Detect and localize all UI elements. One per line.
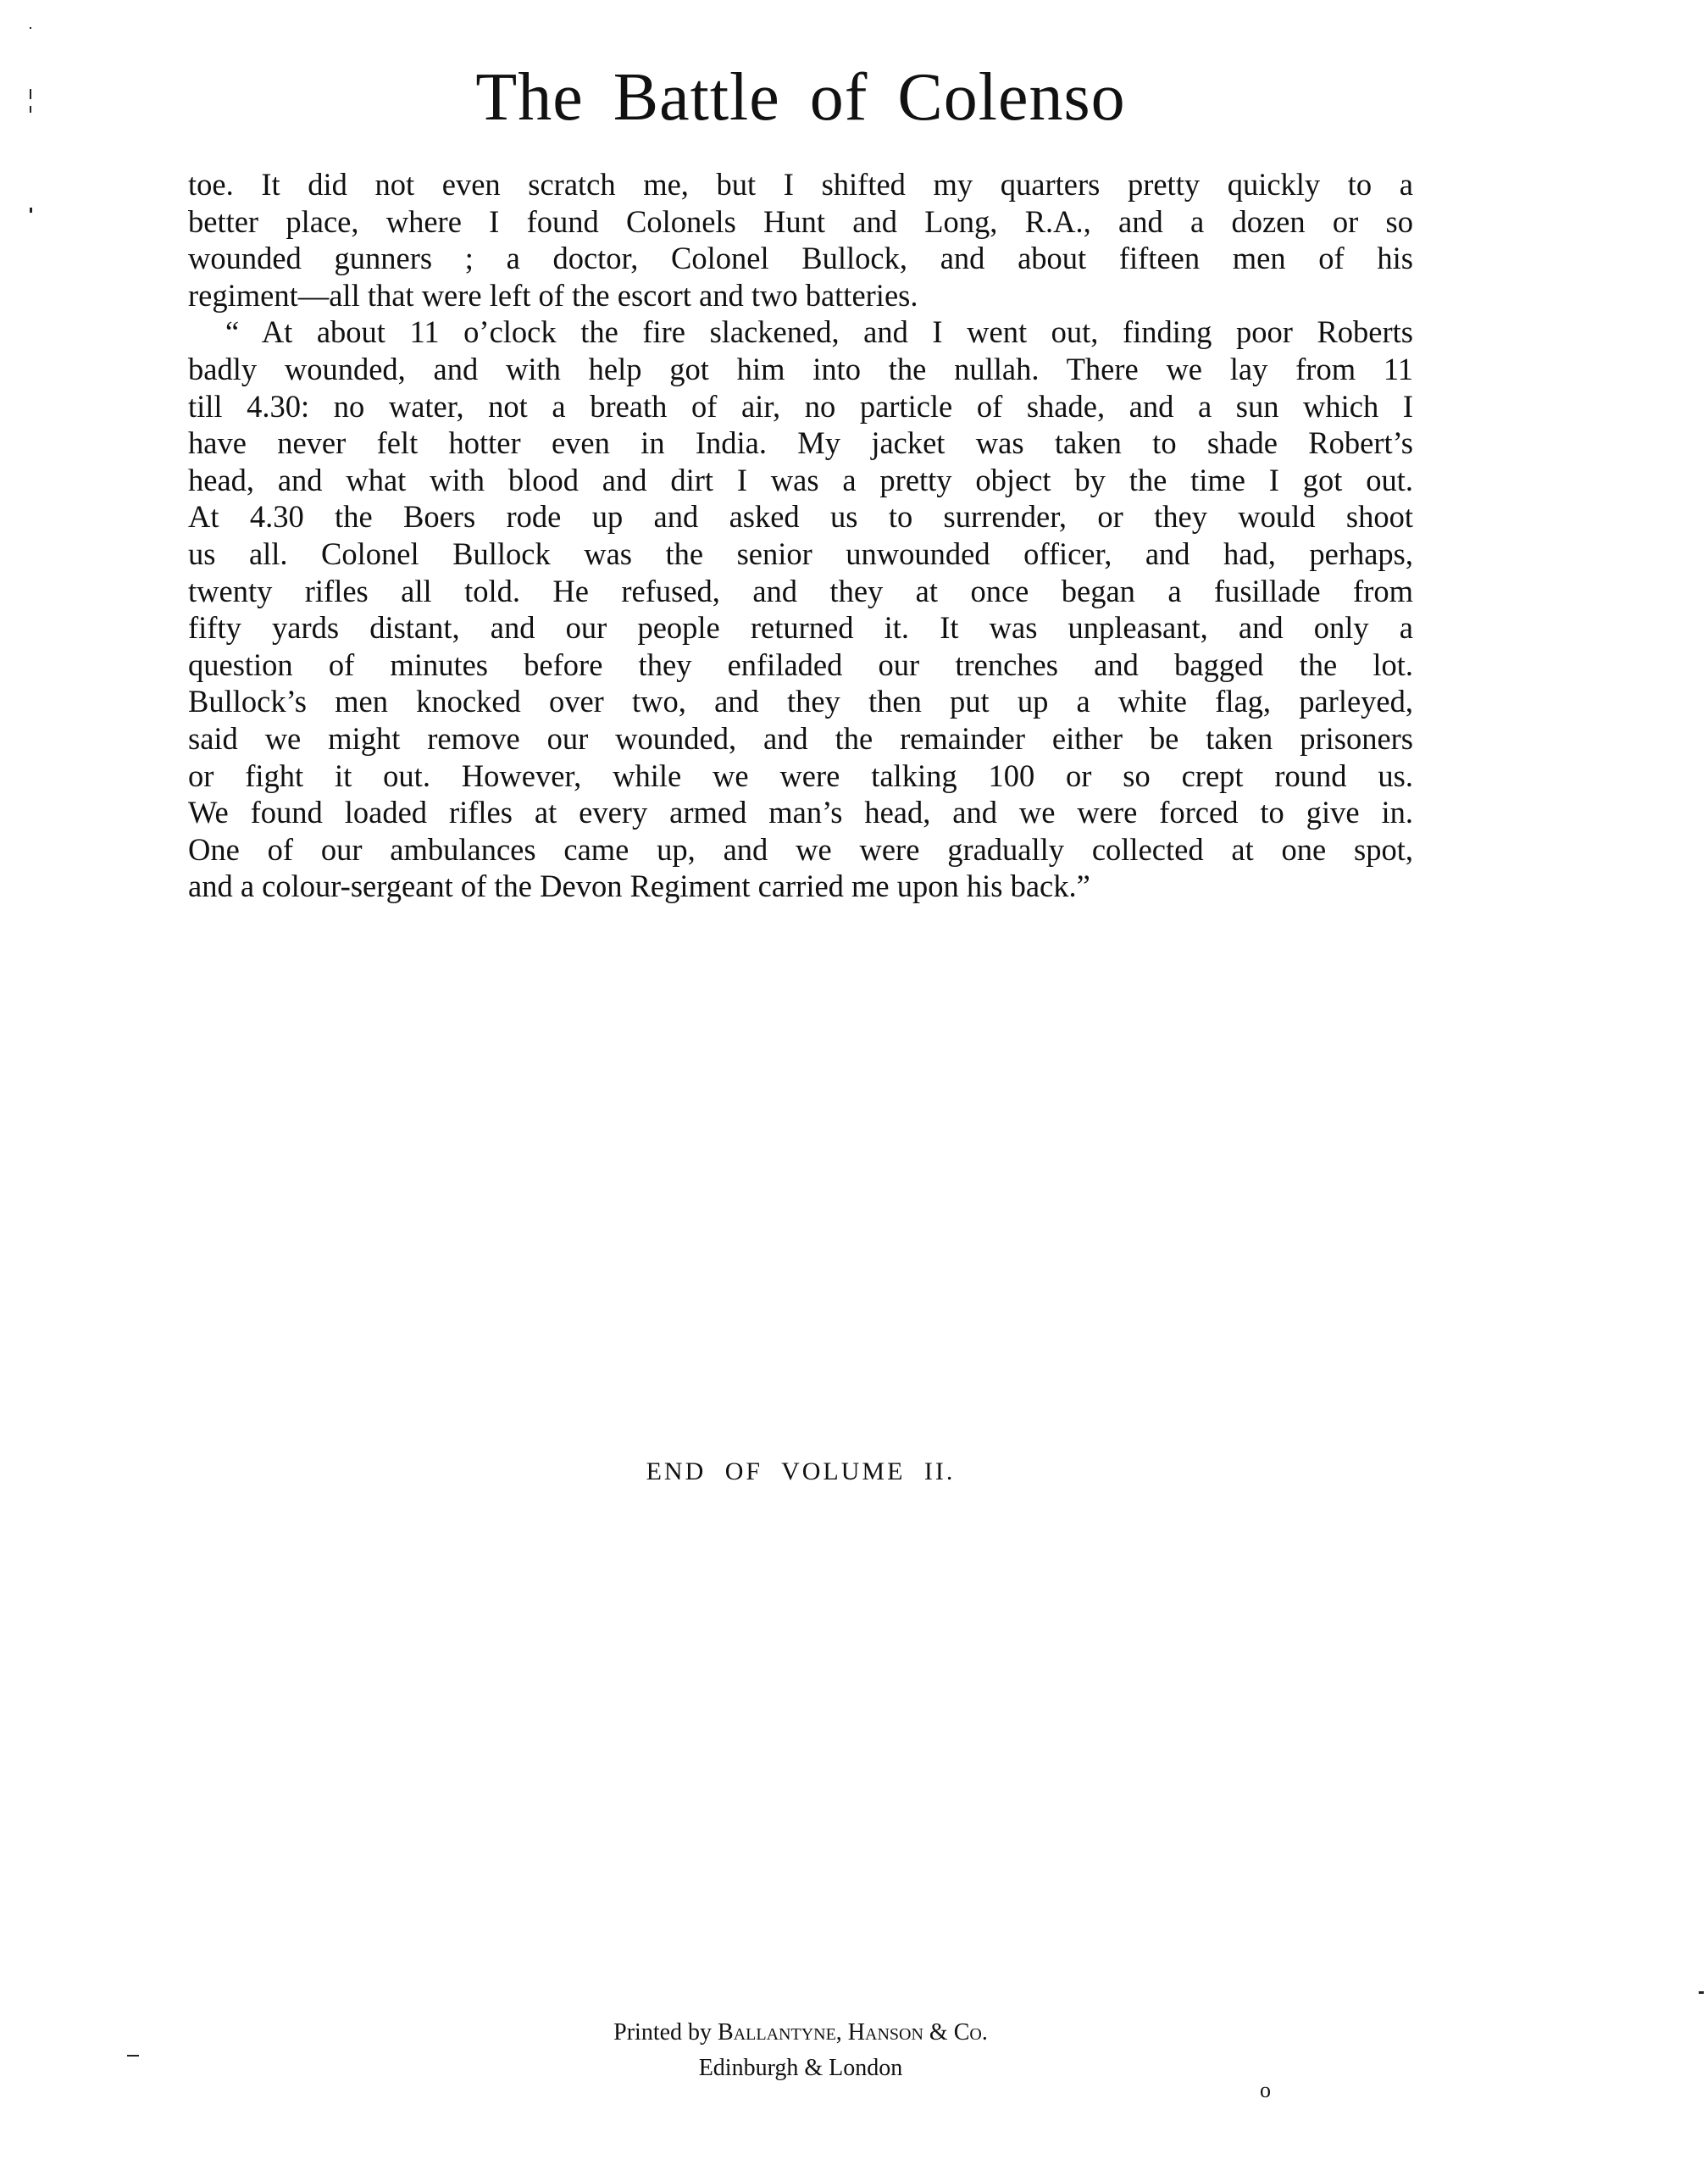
text-line: us all. Colonel Bullock was the senior u… xyxy=(188,536,1413,573)
body-text: toe. It did not even scratch me, but I s… xyxy=(188,166,1413,905)
text-line: We found loaded rifles at every armed ma… xyxy=(188,794,1413,831)
imprint-printer-name: Ballantyne, Hanson & Co. xyxy=(718,2019,988,2046)
text-line: Bullock’s men knocked over two, and they… xyxy=(188,683,1413,720)
text-line: and a colour-sergeant of the Devon Regim… xyxy=(188,868,1413,905)
printer-imprint: Printed by Ballantyne, Hanson & Co. xyxy=(0,2015,1601,2051)
running-title: The Battle of Colenso xyxy=(0,59,1601,136)
text-line: One of our ambulances came up, and we we… xyxy=(188,831,1413,869)
text-line: wounded gunners ; a doctor, Colonel Bull… xyxy=(188,240,1413,277)
text-line: head, and what with blood and dirt I was… xyxy=(188,462,1413,499)
text-line: said we might remove our wounded, and th… xyxy=(188,720,1413,758)
text-line: “ At about 11 o’clock the fire slackened… xyxy=(188,314,1413,351)
text-line: better place, where I found Colonels Hun… xyxy=(188,203,1413,241)
text-line: toe. It did not even scratch me, but I s… xyxy=(188,166,1413,203)
end-of-volume-mark: END OF VOLUME II. xyxy=(0,1457,1601,1486)
scan-speck xyxy=(30,208,32,213)
text-line: At 4.30 the Boers rode up and asked us t… xyxy=(188,498,1413,536)
printer-location: Edinburgh & London xyxy=(0,2051,1601,2086)
text-line: badly wounded, and with help got him int… xyxy=(188,351,1413,388)
text-line: regiment—all that were left of the escor… xyxy=(188,277,1413,314)
scan-speck xyxy=(1699,1991,1704,1994)
text-line: twenty rifles all told. He refused, and … xyxy=(188,573,1413,610)
text-line: fifty yards distant, and our people retu… xyxy=(188,609,1413,647)
scan-speck xyxy=(30,27,31,29)
text-line: question of minutes before they enfilade… xyxy=(188,647,1413,684)
scan-speck xyxy=(30,106,31,113)
text-line: or fight it out. However, while we were … xyxy=(188,758,1413,795)
text-line: till 4.30: no water, not a breath of air… xyxy=(188,388,1413,425)
text-line: have never felt hotter even in India. My… xyxy=(188,425,1413,462)
scan-speck xyxy=(127,2055,139,2057)
scan-speck xyxy=(30,89,31,99)
imprint-prefix: Printed by xyxy=(613,2019,718,2046)
signature-mark: o xyxy=(1260,2078,1271,2103)
